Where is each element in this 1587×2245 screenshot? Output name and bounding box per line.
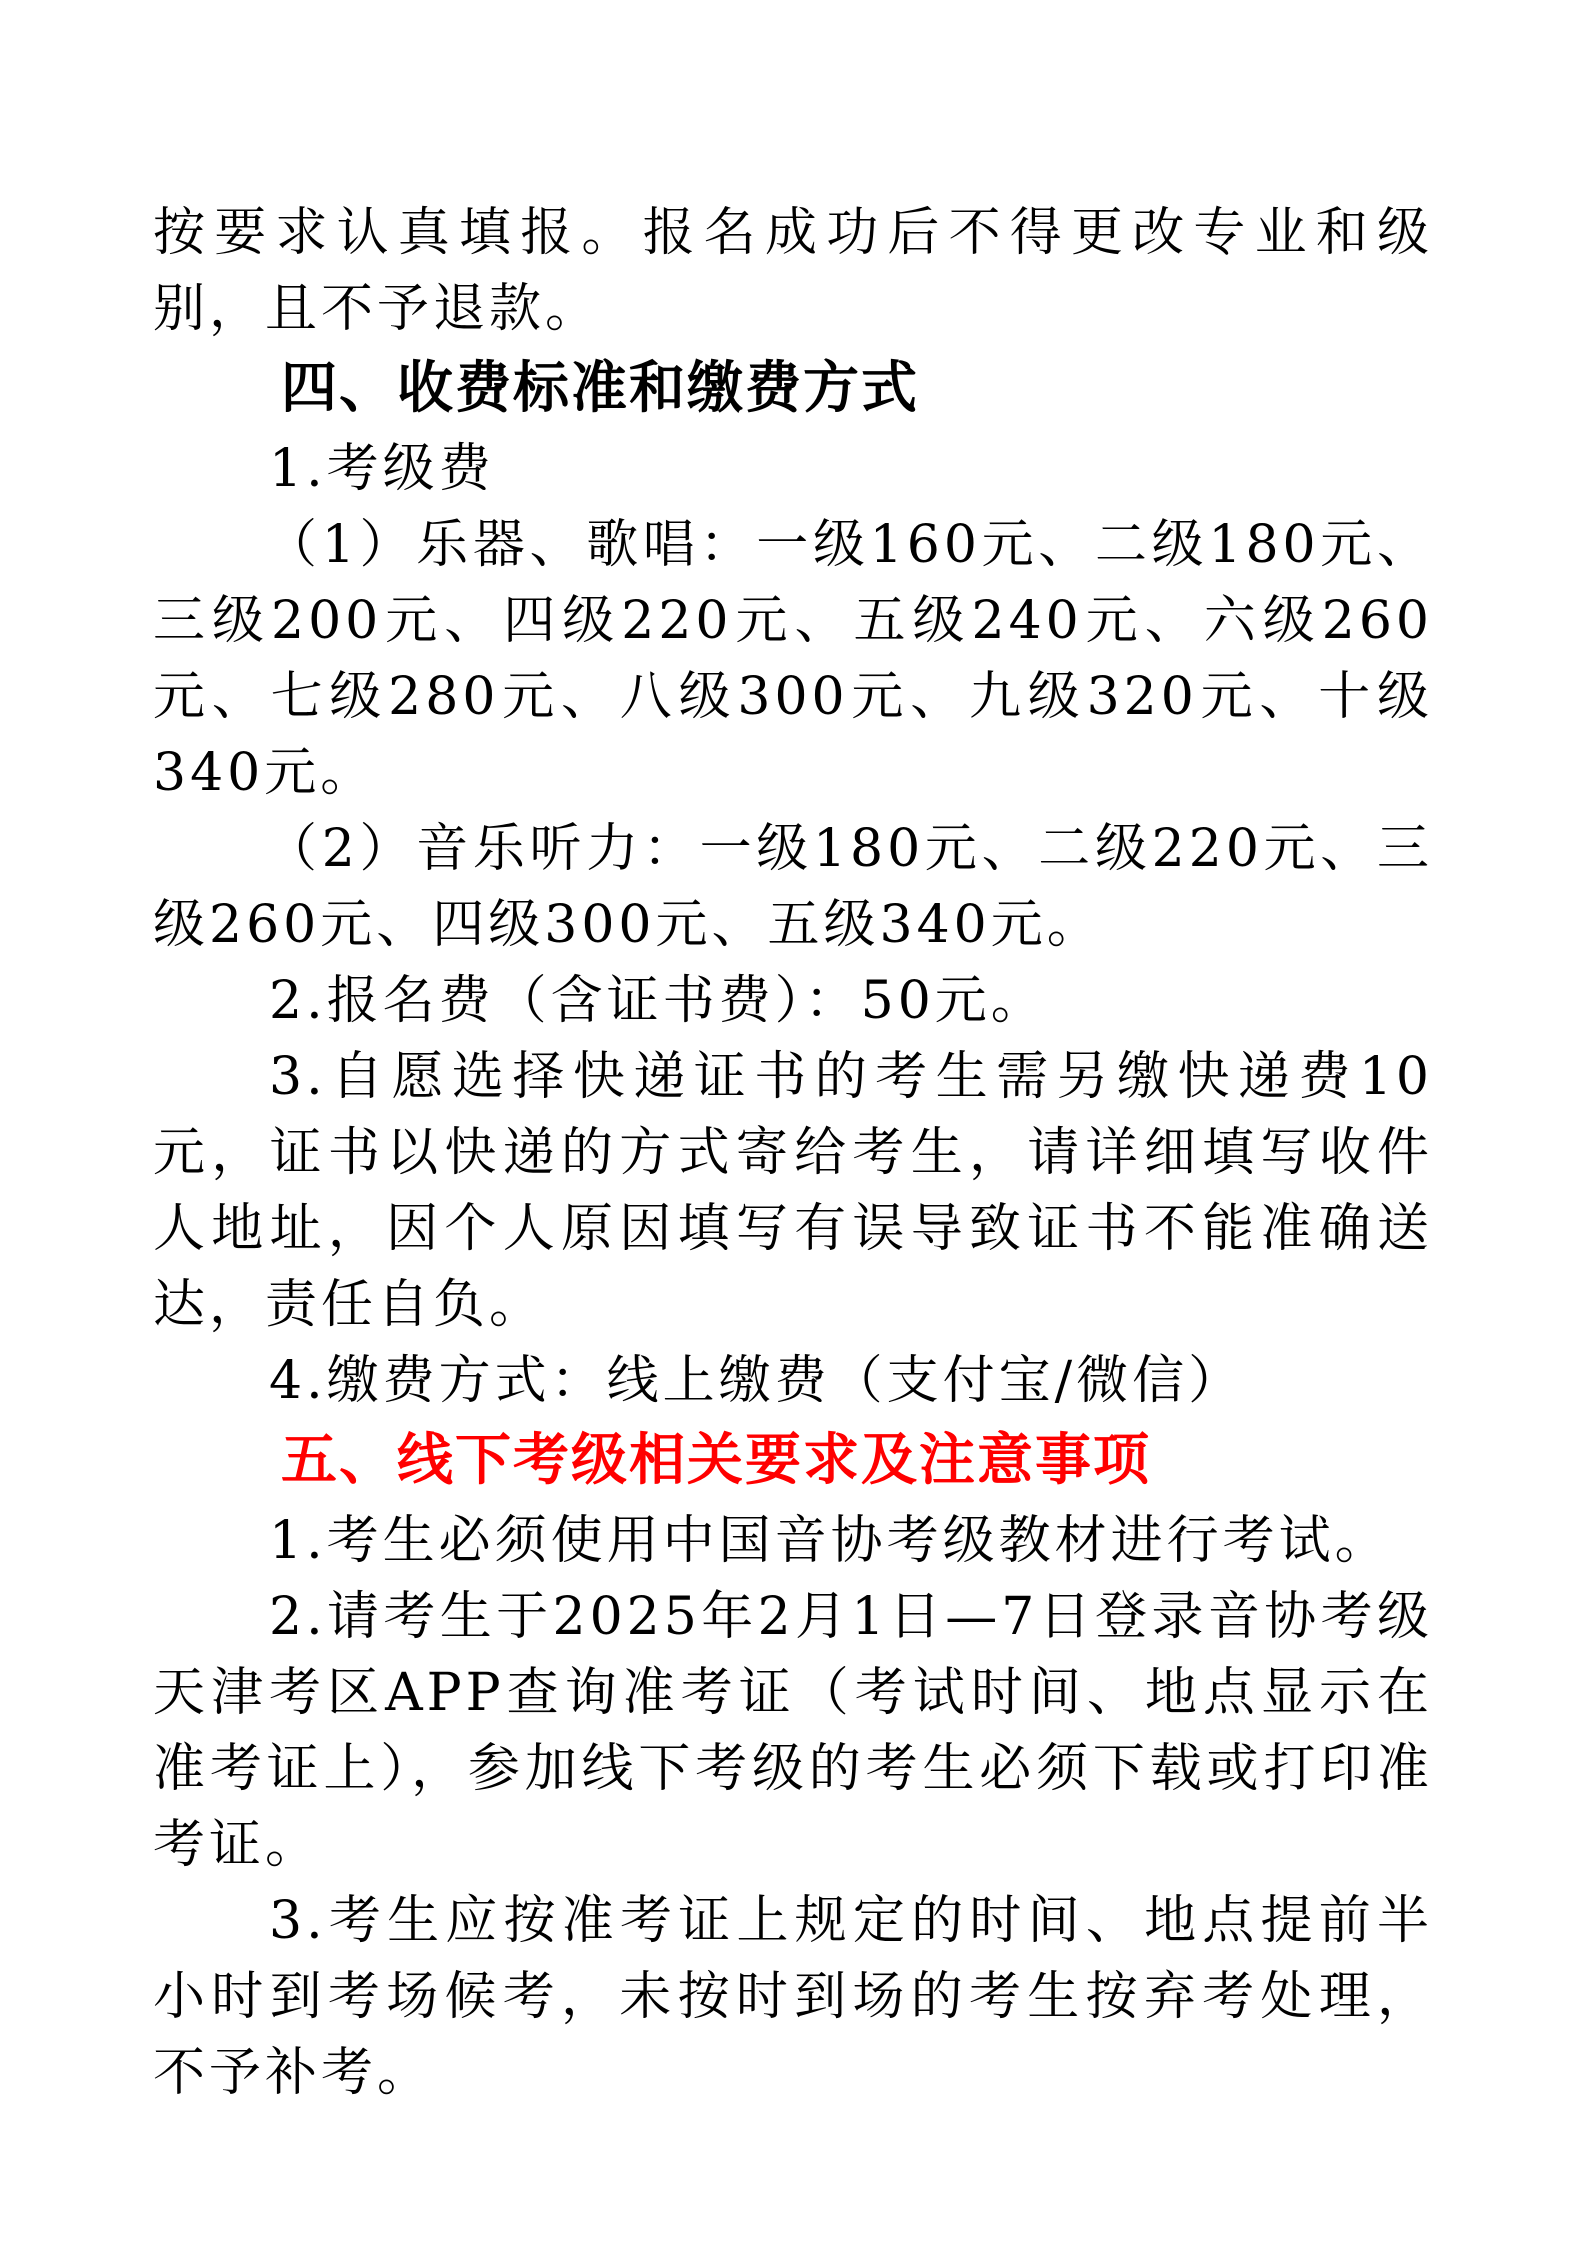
- fee-item-2-registration: 2.报名费（含证书费）：50元。: [153, 963, 1433, 1039]
- requirement-item-1: 1.考生必须使用中国音协考级教材进行考试。: [153, 1503, 1433, 1579]
- requirement-item-2: 2.请考生于2025年2月1日—7日登录音协考级天津考区APP查询准考证（考试时…: [153, 1579, 1433, 1883]
- fee-item-1-title: 1.考级费: [153, 431, 1433, 507]
- fee-item-1-listening: （2）音乐听力：一级180元、二级220元、三级260元、四级300元、五级34…: [153, 811, 1433, 963]
- section-5-heading: 五、线下考级相关要求及注意事项: [153, 1419, 1433, 1503]
- fee-item-3-delivery: 3.自愿选择快递证书的考生需另缴快递费10元，证书以快递的方式寄给考生，请详细填…: [153, 1039, 1433, 1343]
- section-4-heading: 四、收费标准和缴费方式: [153, 347, 1433, 431]
- document-page: 按要求认真填报。报名成功后不得更改专业和级别，且不予退款。 四、收费标准和缴费方…: [153, 195, 1433, 2111]
- requirement-item-3: 3.考生应按准考证上规定的时间、地点提前半小时到考场候考，未按时到场的考生按弃考…: [153, 1883, 1433, 2111]
- fee-item-4-payment: 4.缴费方式：线上缴费（支付宝/微信）: [153, 1343, 1433, 1419]
- intro-paragraph: 按要求认真填报。报名成功后不得更改专业和级别，且不予退款。: [153, 195, 1433, 347]
- fee-item-1-instruments: （1）乐器、歌唱：一级160元、二级180元、三级200元、四级220元、五级2…: [153, 507, 1433, 811]
